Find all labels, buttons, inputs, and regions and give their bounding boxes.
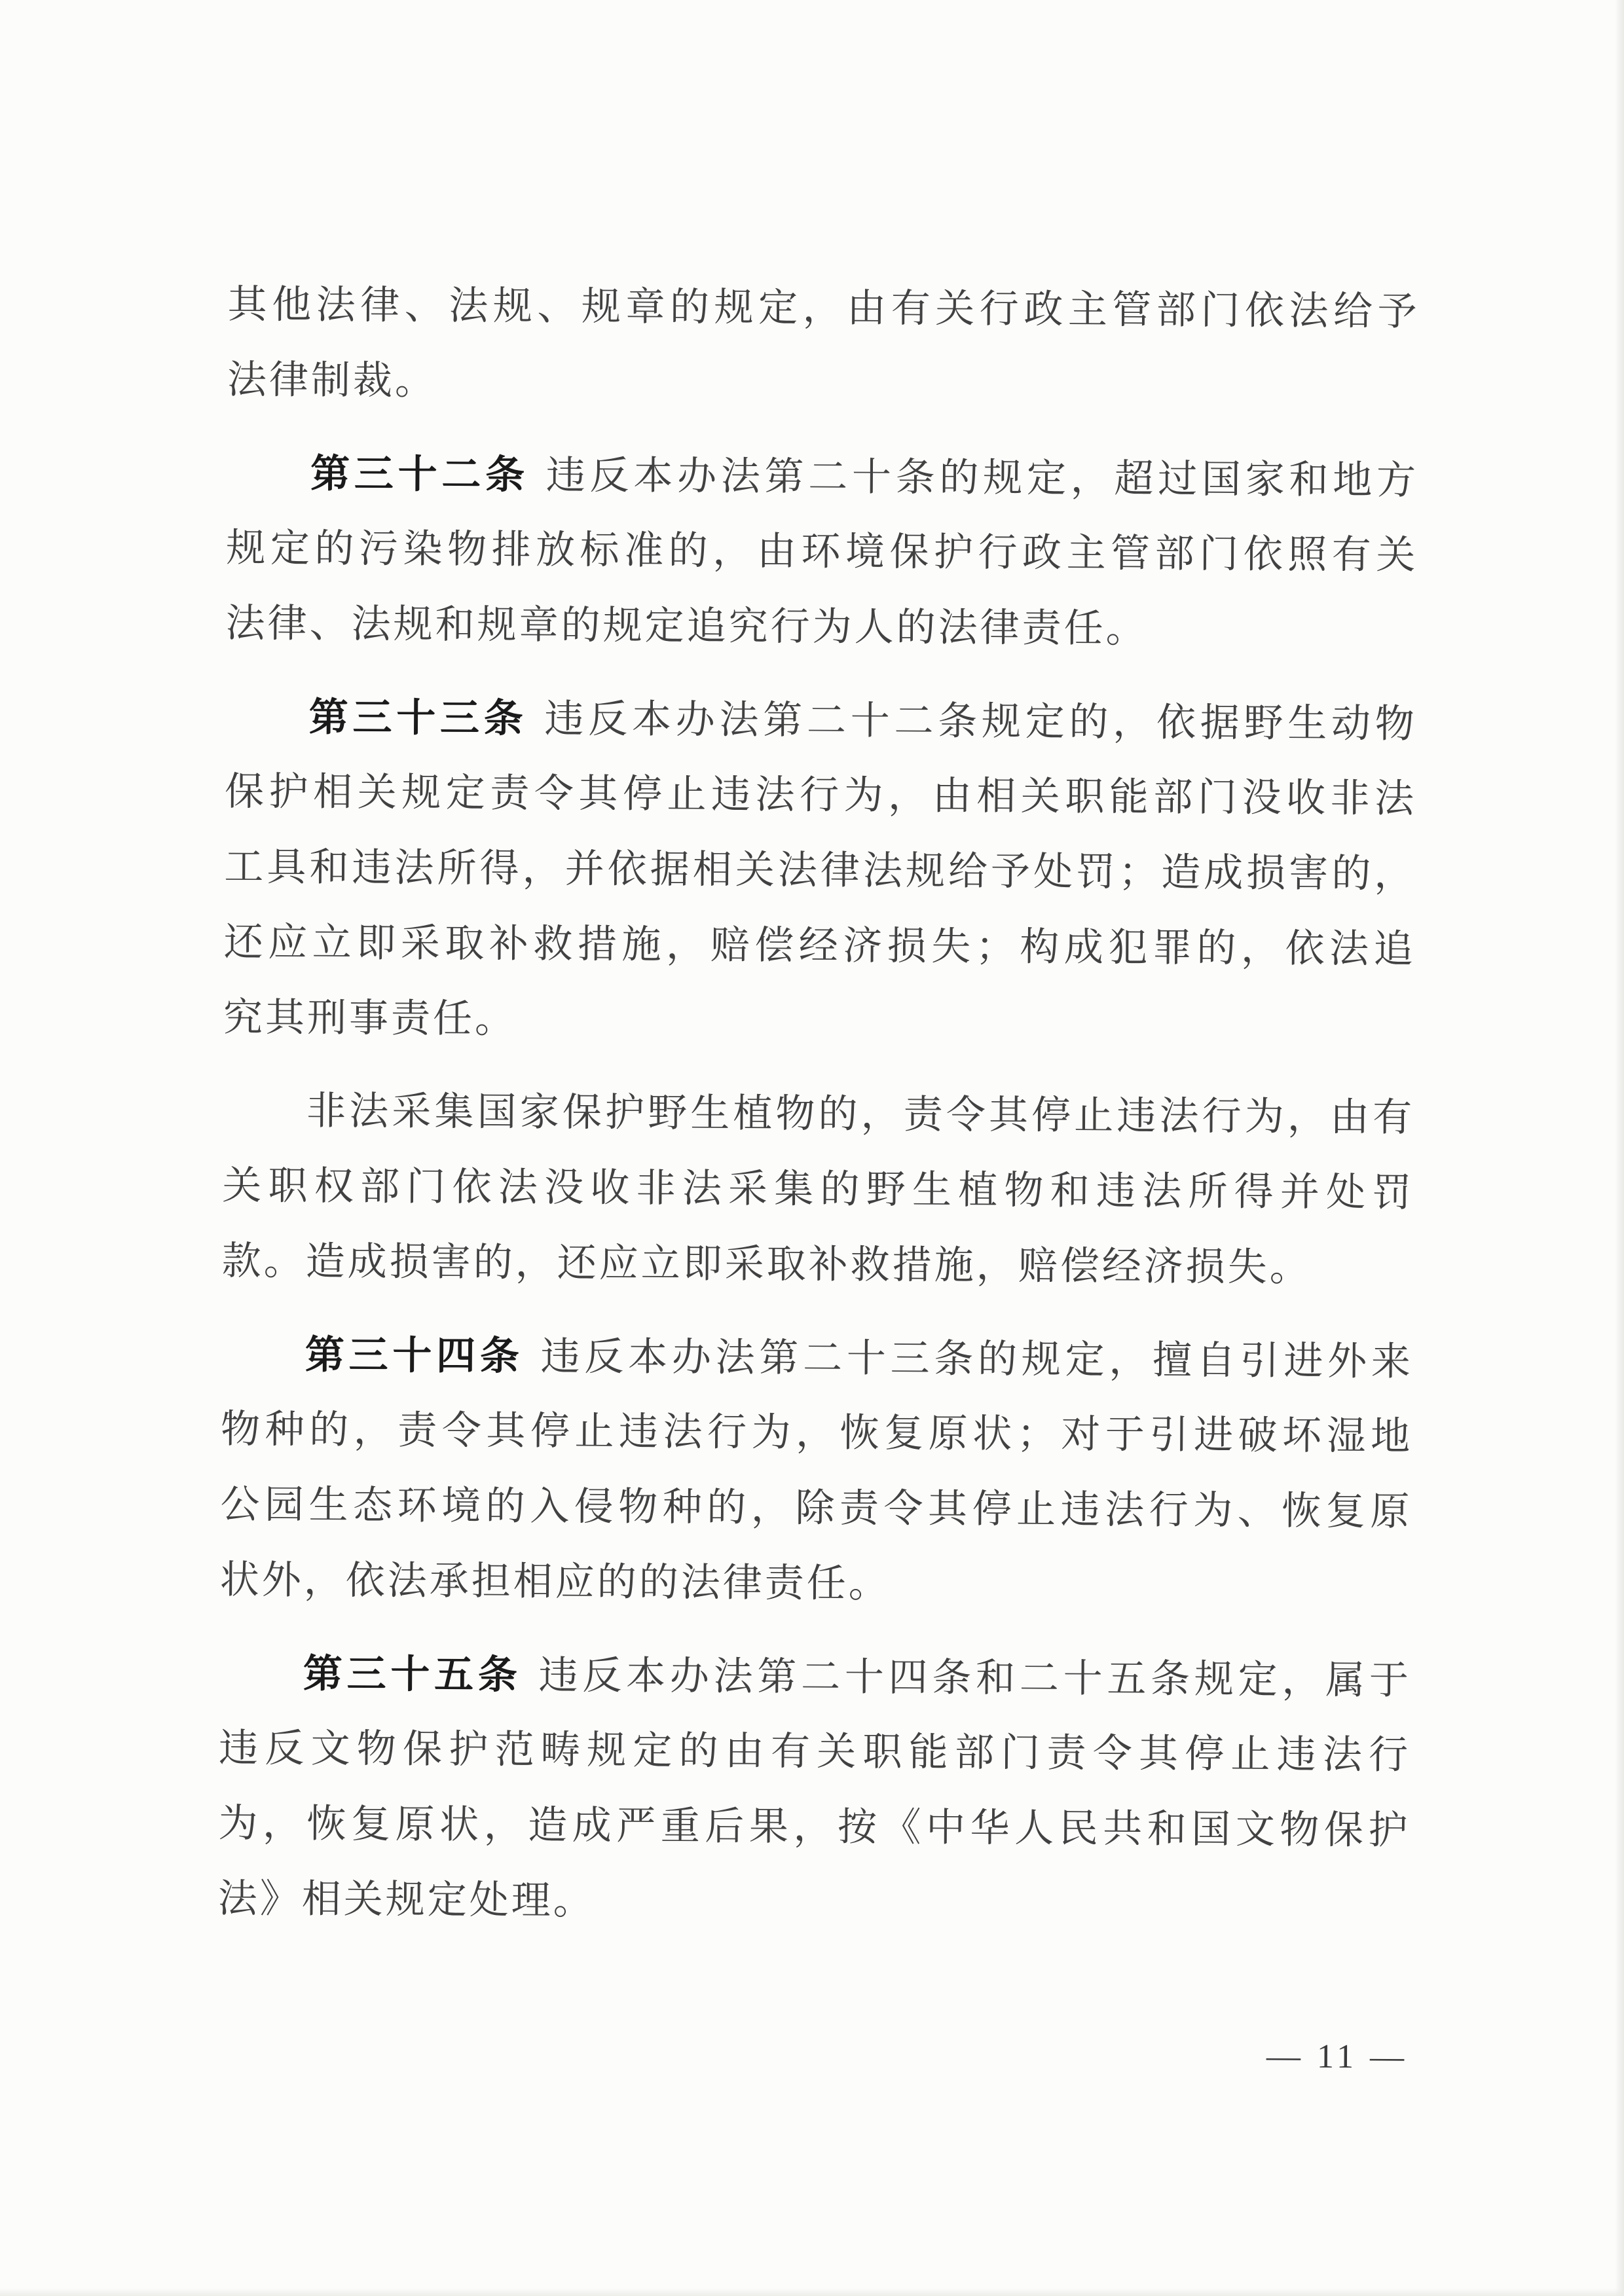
text-line: 款。造成损害的，还应立即采取补救措施，赔偿经济损失。 xyxy=(221,1224,1414,1306)
line-text: 违反本办法第二十四条和二十五条规定，属于 xyxy=(538,1654,1411,1702)
text-line: 法》相关规定处理。 xyxy=(217,1861,1410,1944)
text-line: 其他法律、法规、规章的规定，由有关行政主管部门依法给予 xyxy=(227,267,1420,350)
text-line: 违反文物保护范畴规定的由有关职能部门责令其停止违法行 xyxy=(219,1711,1411,1793)
text-line: 物种的，责令其停止违法行为，恢复原状；对于引进破坏湿地 xyxy=(221,1392,1413,1474)
scanned-document-page: 其他法律、法规、规章的规定，由有关行政主管部门依法给予法律制裁。第三十二条违反本… xyxy=(0,0,1624,2296)
paragraph: 第三十三条违反本办法第二十二条规定的，依据野生动物保护相关规定责令其停止违法行为… xyxy=(223,679,1417,1063)
line-text: 违反本办法第二十条的规定，超过国家和地方 xyxy=(546,454,1419,502)
article-number: 第三十二条 xyxy=(310,452,529,497)
line-text: 违反本办法第二十三条的规定，擅自引进外来 xyxy=(540,1335,1413,1383)
article-number: 第三十五条 xyxy=(303,1652,522,1697)
text-line: 第三十五条违反本办法第二十四条和二十五条规定，属于 xyxy=(219,1635,1412,1718)
line-text: 违反本办法第二十二条规定的，依据野生动物 xyxy=(544,697,1417,746)
text-line: 第三十四条违反本办法第二十三条的规定，擅自引进外来 xyxy=(221,1317,1414,1399)
paragraph: 非法采集国家保护野生植物的，责令其停止违法行为，由有关职权部门依法没收非法采集的… xyxy=(221,1073,1414,1306)
text-line: 法律制裁。 xyxy=(227,342,1420,425)
text-line: 还应立即采取补救措施，赔偿经济损失；构成犯罪的，依法追 xyxy=(223,905,1416,987)
paragraph: 第三十二条违反本办法第二十条的规定，超过国家和地方规定的污染物排放标准的，由环境… xyxy=(225,435,1418,668)
article-number: 第三十三条 xyxy=(309,695,528,740)
paragraph: 其他法律、法规、规章的规定，由有关行政主管部门依法给予法律制裁。 xyxy=(227,267,1420,425)
paragraph: 第三十四条违反本办法第二十三条的规定，擅自引进外来物种的，责令其停止违法行为，恢… xyxy=(219,1317,1413,1625)
text-line: 第三十二条违反本办法第二十条的规定，超过国家和地方 xyxy=(227,435,1419,518)
text-line: 第三十三条违反本办法第二十二条规定的，依据野生动物 xyxy=(225,679,1417,761)
text-line: 究其刑事责任。 xyxy=(223,980,1416,1063)
text-line: 状外，依法承担相应的的法律责任。 xyxy=(219,1542,1412,1625)
text-line: 关职权部门依法没收非法采集的野生植物和违法所得并处罚 xyxy=(222,1148,1414,1231)
article-number: 第三十四条 xyxy=(305,1333,524,1378)
text-line: 非法采集国家保护野生植物的，责令其停止违法行为，由有 xyxy=(223,1073,1415,1156)
text-line: 规定的污染物排放标准的，由环境保护行政主管部门依照有关 xyxy=(226,511,1418,593)
text-line: 法律、法规和规章的规定追究行为人的法律责任。 xyxy=(225,586,1418,668)
document-text: 其他法律、法规、规章的规定，由有关行政主管部门依法给予法律制裁。第三十二条违反本… xyxy=(217,267,1420,1944)
text-line: 公园生态环境的入侵物种的，除责令其停止违法行为、恢复原 xyxy=(220,1467,1412,1550)
text-line: 保护相关规定责令其停止违法行为，由相关职能部门没收非法 xyxy=(225,754,1417,837)
page-number: — 11 — xyxy=(1266,2037,1408,2077)
text-line: 为，恢复原状，造成严重后果，按《中华人民共和国文物保护 xyxy=(218,1786,1411,1868)
text-line: 工具和违法所得，并依据相关法律法规给予处罚；造成损害的， xyxy=(224,829,1416,912)
paragraph: 第三十五条违反本办法第二十四条和二十五条规定，属于违反文物保护范畴规定的由有关职… xyxy=(217,1635,1411,1944)
